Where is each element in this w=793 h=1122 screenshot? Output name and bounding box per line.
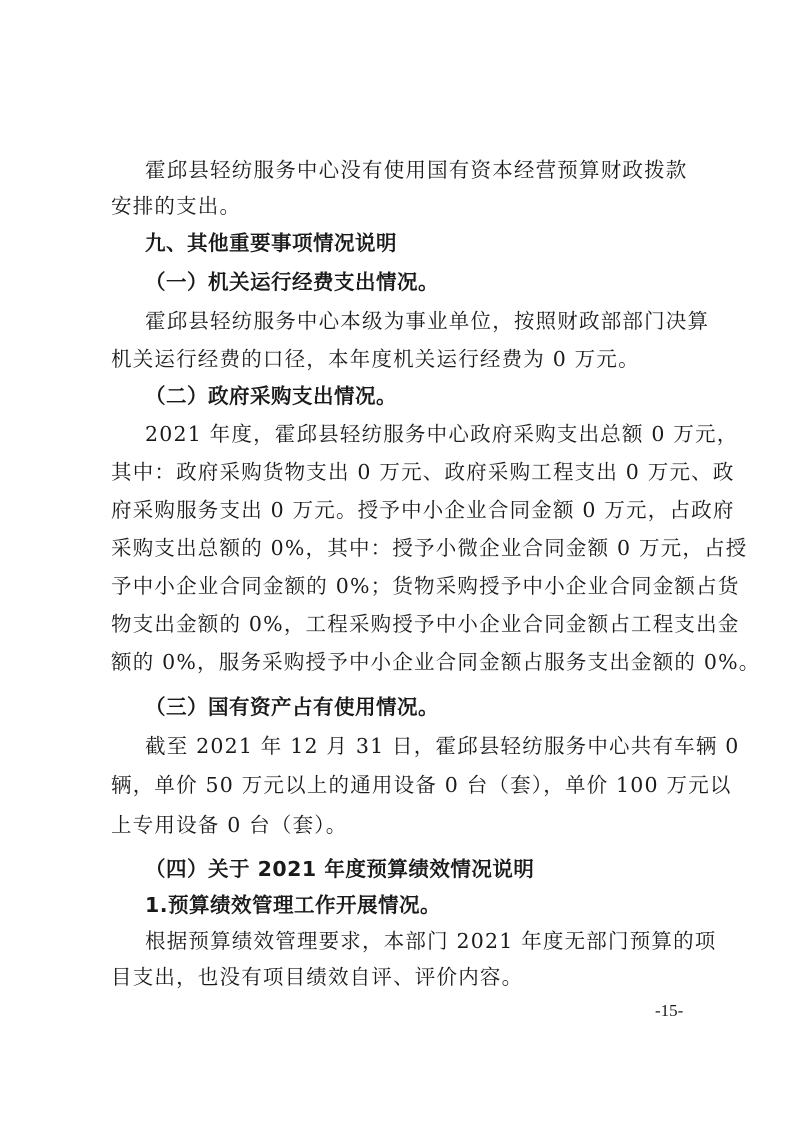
paragraph-line: 采购支出总额的 0%，其中：授予小微企业合同金额 0 万元，占授 xyxy=(111,535,691,561)
section-heading: 九、其他重要事项情况说明 xyxy=(145,230,725,256)
section-heading: （三）国有资产占有使用情况。 xyxy=(145,694,725,720)
paragraph-line: 予中小企业合同金额的 0%；货物采购授予中小企业合同金额占货 xyxy=(111,573,691,599)
paragraph-line: 霍邱县轻纺服务中心本级为事业单位，按照财政部部门决算 xyxy=(145,308,691,334)
section-heading: 1.预算绩效管理工作开展情况。 xyxy=(145,892,725,918)
section-heading: （一）机关运行经费支出情况。 xyxy=(145,269,725,295)
paragraph-line: 其中：政府采购货物支出 0 万元、政府采购工程支出 0 万元、政 xyxy=(111,459,691,485)
section-heading: （四）关于 2021 年度预算绩效情况说明 xyxy=(145,856,725,882)
paragraph-line: 上专用设备 0 台（套）。 xyxy=(111,812,691,838)
paragraph-line: 辆，单价 50 万元以上的通用设备 0 台（套），单价 100 万元以 xyxy=(111,772,691,798)
paragraph-line: 物支出金额的 0%，工程采购授予中小企业合同金额占工程支出金 xyxy=(111,611,691,637)
paragraph-line: 截至 2021 年 12 月 31 日，霍邱县轻纺服务中心共有车辆 0 xyxy=(145,733,691,759)
paragraph-line: 安排的支出。 xyxy=(111,193,691,219)
paragraph-line: 目支出，也没有项目绩效自评、评价内容。 xyxy=(111,964,691,990)
paragraph-line: 霍邱县轻纺服务中心没有使用国有资本经营预算财政拨款 xyxy=(145,157,691,183)
paragraph-line: 额的 0%，服务采购授予中小企业合同金额占服务支出金额的 0%。 xyxy=(111,649,691,675)
paragraph-line: 机关运行经费的口径，本年度机关运行经费为 0 万元。 xyxy=(111,346,691,372)
paragraph-line: 根据预算绩效管理要求，本部门 2021 年度无部门预算的项 xyxy=(145,928,691,954)
page-number: -15- xyxy=(655,1001,683,1021)
section-heading: （二）政府采购支出情况。 xyxy=(145,383,725,409)
paragraph-line: 2021 年度，霍邱县轻纺服务中心政府采购支出总额 0 万元， xyxy=(145,421,691,447)
paragraph-line: 府采购服务支出 0 万元。授予中小企业合同金额 0 万元，占政府 xyxy=(111,497,691,523)
